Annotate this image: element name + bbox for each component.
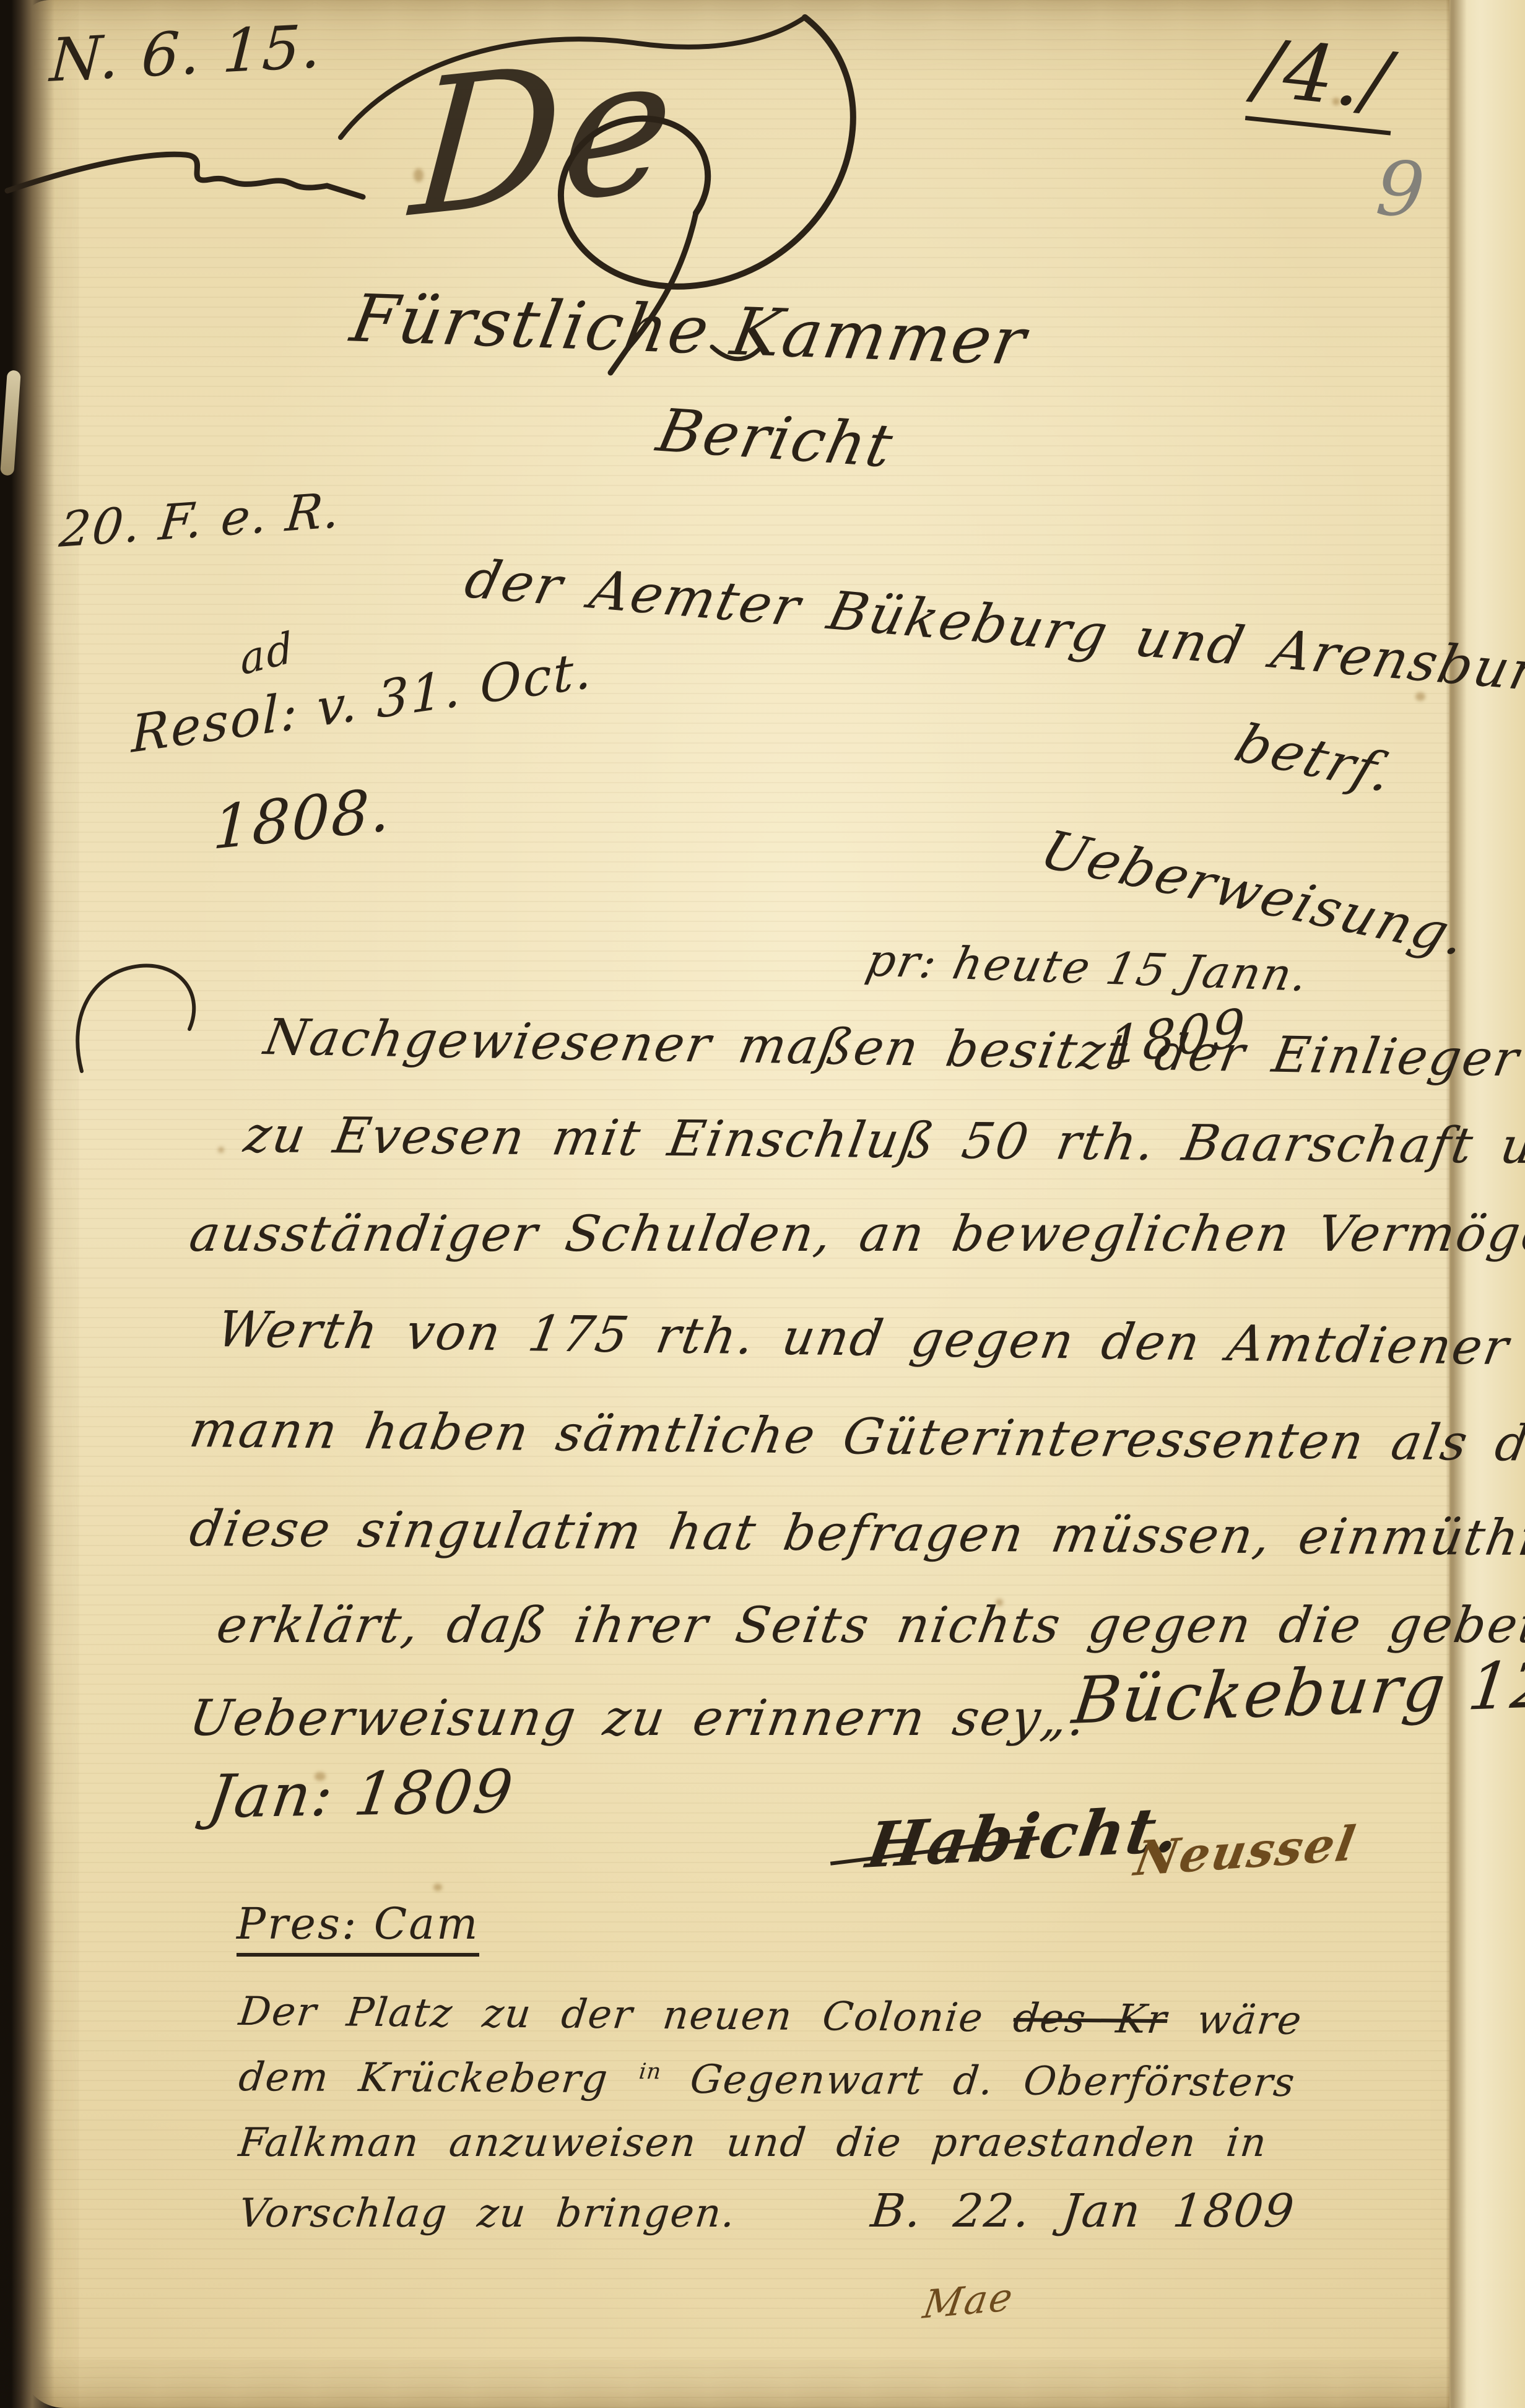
manuscript-page: N. 6. 15. /4./ 9 De Fürstliche Kammer Be… — [0, 0, 1525, 2408]
resolution-line1-struck: des Kr — [1011, 1996, 1170, 2043]
resolution-line-2: dem Krückeberg in Gegenwart d. Oberförst… — [237, 2054, 1298, 2106]
resolution-line2-post: Gegenwart d. Oberförsters — [688, 2057, 1298, 2106]
resolution-heading: Pres: Cam — [237, 1898, 479, 1949]
pencil-page-number: 9 — [1373, 144, 1429, 235]
resolution-line-1: Der Platz zu der neuen Colonie des Kr wä… — [237, 1989, 1305, 2044]
body-date-line: Jan: 1809 — [204, 1757, 518, 1832]
body-line: Ueberweisung zu erinnern sey„. — [186, 1689, 1092, 1747]
resolution-line-3: Falkman anzuweisen und die praestanden i… — [237, 2120, 1269, 2166]
folio-number-text: /4./ — [1245, 22, 1401, 136]
calligraphic-initial: De — [406, 13, 682, 259]
clerk-paraph: Mae — [920, 2274, 1017, 2328]
resolution-line2-pre: dem Krückeberg — [237, 2054, 611, 2102]
resolution-line-4: Vorschlag zu bringen. B. 22. Jan 1809 — [237, 2184, 1298, 2238]
body-line: diese singulatim hat befragen müssen, ei… — [186, 1500, 1525, 1568]
body-line: erklärt, daß ihrer Seits nichts gegen di… — [213, 1596, 1525, 1654]
folio-number: /4./ — [1246, 22, 1401, 129]
resolution-line2-superscript: in — [638, 2059, 663, 2084]
resolution-line4-date: B. 22. Jan 1809 — [869, 2184, 1298, 2238]
resolution-line4-text: Vorschlag zu bringen. — [237, 2191, 738, 2236]
resolution-line1-pre: Der Platz zu der neuen Colonie — [237, 1989, 986, 2041]
resolution-line1-post: wäre — [1195, 1997, 1305, 2044]
body-line: ausständiger Schulden, an beweglichen Ve… — [186, 1205, 1525, 1263]
resolution-heading-text: Pres: Cam — [237, 1898, 479, 1957]
